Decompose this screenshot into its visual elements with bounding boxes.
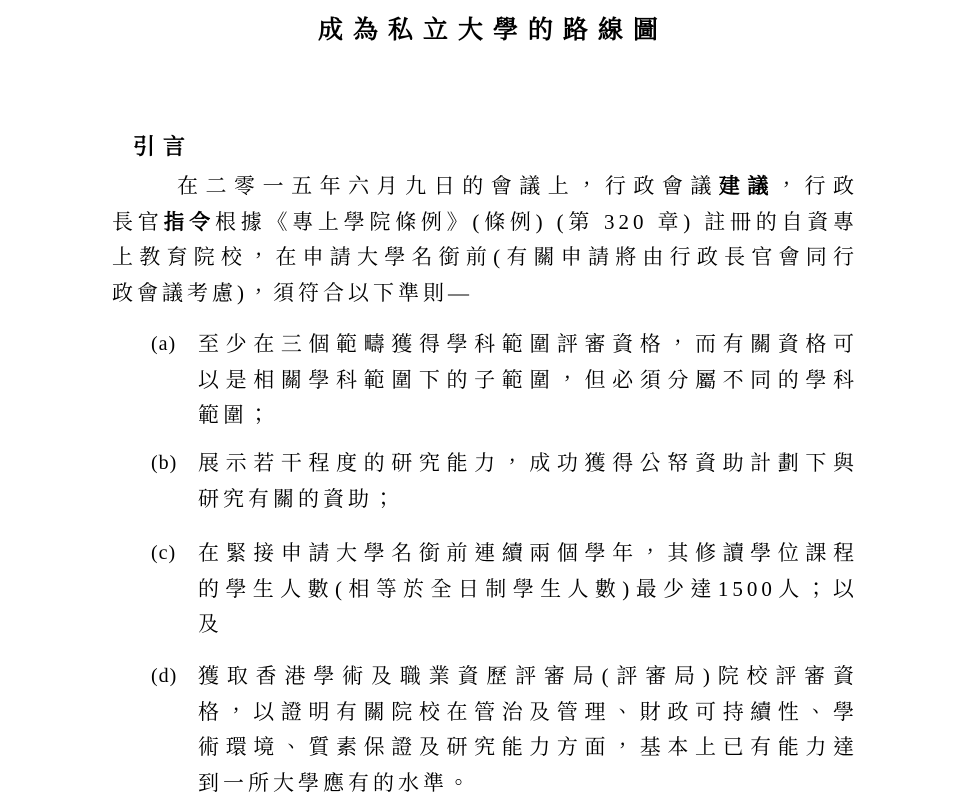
- list-marker-d: (d): [151, 659, 177, 695]
- list-item-a: (a) 至少在三個範疇獲得學科範圍評審資格，而有關資格可 以是相關學科範圍下的子…: [151, 327, 858, 434]
- list-item-line: 及: [198, 607, 858, 643]
- list-item-b: (b) 展示若干程度的研究能力，成功獲得公帑資助計劃下與 研究有關的資助；: [151, 446, 858, 517]
- paragraph-line-4: 政會議考慮)，須符合以下準則—: [112, 276, 858, 312]
- list-item-c: (c) 在緊接申請大學名銜前連續兩個學年，其修讀學位課程 的學生人數(相等於全日…: [151, 536, 858, 643]
- list-item-line: 的學生人數(相等於全日制學生人數)最少達1500人；以: [198, 572, 858, 608]
- intro-line1-emphasis: 建議: [719, 174, 776, 198]
- list-item-line: 研究有關的資助；: [198, 482, 858, 518]
- list-marker-b: (b): [151, 446, 177, 482]
- list-item-line: 在緊接申請大學名銜前連續兩個學年，其修讀學位課程: [198, 536, 858, 572]
- paragraph-line-2: 長官指令根據《專上學院條例》(條例) (第 320 章) 註冊的自資專: [112, 205, 858, 241]
- list-item-line: 獲取香港學術及職業資歷評審局(評審局)院校評審資: [198, 659, 858, 695]
- list-item-a-text: 至少在三個範疇獲得學科範圍評審資格，而有關資格可 以是相關學科範圍下的子範圍，但…: [198, 327, 858, 434]
- paragraph-line-3: 上教育院校，在申請大學名銜前(有關申請將由行政長官會同行: [112, 240, 858, 276]
- intro-line2-emphasis: 指令: [163, 210, 214, 234]
- list-item-d-text: 獲取香港學術及職業資歷評審局(評審局)院校評審資 格，以證明有關院校在管治及管理…: [198, 659, 858, 801]
- list-item-line: 術環境、質素保證及研究能力方面，基本上已有能力達: [198, 730, 858, 766]
- list-item-line: 範圍；: [198, 398, 858, 434]
- list-item-line: 格，以證明有關院校在管治及管理、財政可持續性、學: [198, 695, 858, 731]
- list-marker-a: (a): [151, 327, 176, 363]
- document-title: 成為私立大學的路線圖: [112, 16, 858, 46]
- intro-line2-pre: 長官: [112, 210, 163, 234]
- list-item-c-text: 在緊接申請大學名銜前連續兩個學年，其修讀學位課程 的學生人數(相等於全日制學生人…: [198, 536, 858, 643]
- list-item-line: 至少在三個範疇獲得學科範圍評審資格，而有關資格可: [198, 327, 858, 363]
- list-item-line: 到一所大學應有的水準。: [198, 766, 858, 801]
- paragraph-line-1: 在二零一五年六月九日的會議上，行政會議建議，行政: [112, 169, 858, 205]
- list-item-line: 展示若干程度的研究能力，成功獲得公帑資助計劃下與: [198, 446, 858, 482]
- section-heading-intro: 引言: [133, 134, 193, 160]
- list-item-d: (d) 獲取香港學術及職業資歷評審局(評審局)院校評審資 格，以證明有關院校在管…: [151, 659, 858, 801]
- list-item-b-text: 展示若干程度的研究能力，成功獲得公帑資助計劃下與 研究有關的資助；: [198, 446, 858, 517]
- list-marker-c: (c): [151, 536, 176, 572]
- document-page: 成為私立大學的路線圖 引言 在二零一五年六月九日的會議上，行政會議建議，行政 長…: [0, 0, 969, 801]
- intro-line1-pre: 在二零一五年六月九日的會議上，行政會議: [177, 174, 719, 198]
- list-item-line: 以是相關學科範圍下的子範圍，但必須分屬不同的學科: [198, 363, 858, 399]
- intro-line2-post: 根據《專上學院條例》(條例) (第 320 章) 註冊的自資專: [215, 210, 858, 234]
- intro-paragraph: 在二零一五年六月九日的會議上，行政會議建議，行政 長官指令根據《專上學院條例》(…: [112, 169, 858, 311]
- intro-line1-post: ，行政: [776, 174, 858, 198]
